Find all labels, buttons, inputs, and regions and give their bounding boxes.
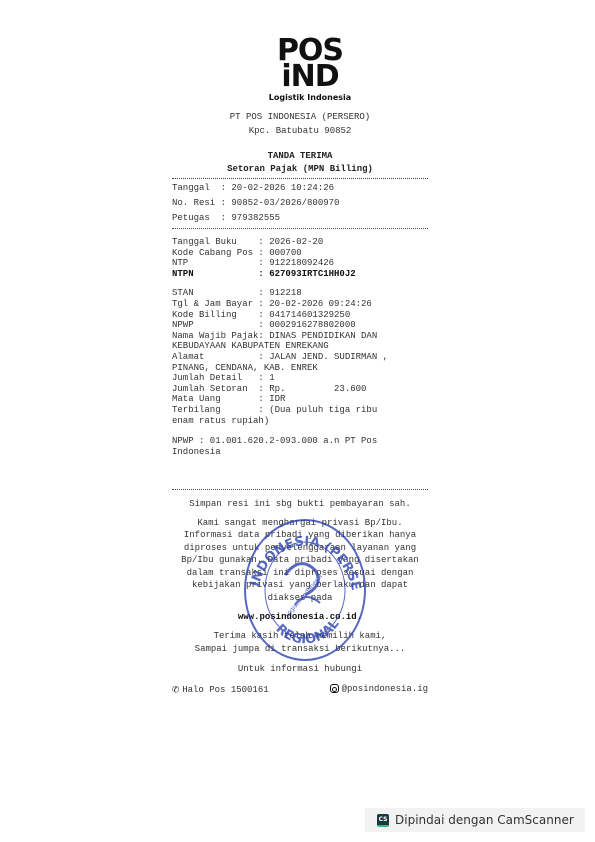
amount-in-words: Terbilang : (Dua puluh tiga ribu enam ra… — [172, 405, 428, 426]
contact-row: ✆Halo Pos 1500161 @posindonesia.ig — [172, 682, 428, 697]
transaction-info: Tanggal : 20-02-2026 10:24:26No. Resi : … — [172, 181, 428, 226]
phone-contact: ✆Halo Pos 1500161 — [172, 682, 269, 697]
receipt-subtitle: Setoran Pajak (MPN Billing) — [172, 163, 428, 176]
field-row: Kode Cabang Pos : 000700 — [172, 248, 428, 259]
divider — [172, 178, 428, 179]
field-row: Mata Uang : IDR — [172, 394, 428, 405]
divider — [172, 489, 428, 490]
field-row: Tanggal : 20-02-2026 10:24:26 — [172, 181, 428, 196]
thanks-message: Terima kasih telah memilih kami, Sampai … — [172, 630, 428, 655]
booking-details: Tanggal Buku : 2026-02-20Kode Cabang Pos… — [172, 237, 428, 279]
website-link[interactable]: www.posindonesia.co.id. — [172, 612, 428, 622]
field-row: Kode Billing : 041714601329250 — [172, 310, 428, 321]
camscanner-text: Dipindai dengan CamScanner — [395, 813, 574, 827]
field-row: STAN : 912218 — [172, 288, 428, 299]
logo-tagline: Logistik Indonesia — [192, 93, 428, 102]
camscanner-badge: CS Dipindai dengan CamScanner — [365, 808, 585, 832]
pos-indonesia-logo: POS iND Logistik Indonesia — [192, 38, 428, 102]
receipt: POS iND Logistik Indonesia PT POS INDONE… — [172, 38, 428, 697]
camscanner-logo-icon: CS — [377, 814, 389, 827]
logo-line2: iND — [277, 64, 343, 90]
field-row: Jumlah Setoran : Rp. 23.600 — [172, 384, 428, 395]
branch-name: Kpc. Batubatu 90852 — [172, 124, 428, 138]
amount-details: Jumlah Detail : 1Jumlah Setoran : Rp. 23… — [172, 373, 428, 405]
field-row: NPWP : 0002916278802000 — [172, 320, 428, 331]
keep-receipt-note: Simpan resi ini sbg bukti pembayaran sah… — [172, 498, 428, 511]
phone-icon: ✆ — [172, 682, 179, 697]
instagram-icon — [330, 684, 339, 693]
field-row: Tanggal Buku : 2026-02-20 — [172, 237, 428, 248]
field-row: No. Resi : 90852-03/2026/800970 — [172, 196, 428, 211]
taxpayer-address: Alamat : JALAN JEND. SUDIRMAN , PINANG, … — [172, 352, 428, 373]
instagram-contact: @posindonesia.ig — [330, 684, 428, 694]
divider — [172, 228, 428, 229]
privacy-notice: Kami sangat menghargai privasi Bp/Ibu. I… — [172, 517, 428, 605]
logo-mark: POS iND — [277, 38, 343, 90]
field-row: NTPN : 627093IRTC1HH0J2 — [172, 269, 428, 280]
contact-title: Untuk informasi hubungi — [172, 663, 428, 676]
field-row: Jumlah Detail : 1 — [172, 373, 428, 384]
field-row: Tgl & Jam Bayar : 20-02-2026 09:24:26 — [172, 299, 428, 310]
receipt-title: TANDA TERIMA — [172, 150, 428, 163]
payment-details: STAN : 912218Tgl & Jam Bayar : 20-02-202… — [172, 288, 428, 330]
instagram-handle: @posindonesia.ig — [342, 684, 428, 694]
field-row: Petugas : 979382555 — [172, 211, 428, 226]
phone-number: Halo Pos 1500161 — [182, 685, 268, 695]
npwp-note: NPWP : 01.001.620.2-093.000 a.n PT Pos I… — [172, 436, 428, 457]
field-row: NTP : 912218092426 — [172, 258, 428, 269]
company-name: PT POS INDONESIA (PERSERO) — [172, 110, 428, 124]
taxpayer-name: Nama Wajib Pajak: DINAS PENDIDIKAN DAN K… — [172, 331, 428, 352]
